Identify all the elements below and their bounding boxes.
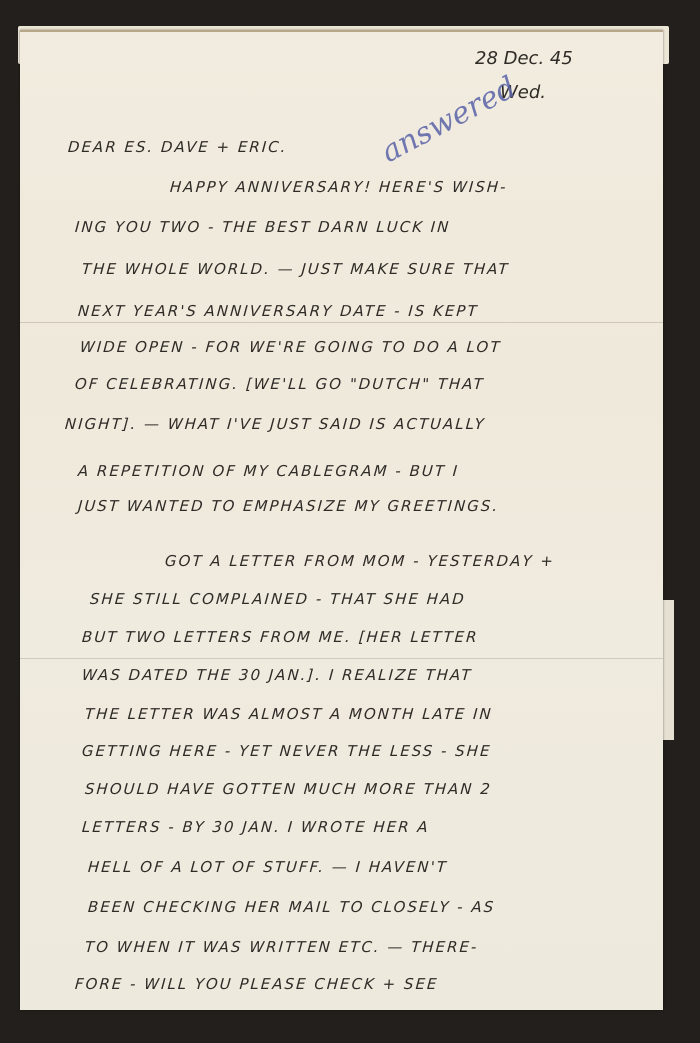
letter-line: was dated the 30 Jan.]. I realize that [81,666,473,684]
fold-line [20,658,663,659]
letter-line: fore - will you please check + see [74,975,439,993]
letter-line: she still complained - that she had [89,590,466,608]
letter-line: getting here - yet never the less - she [81,742,492,760]
letter-line: night]. — What I've just said is actuall… [64,415,486,433]
letter-line: ing you two - the best darn luck in [74,218,451,236]
paper-top-edge [20,30,663,32]
letter-line: of celebrating. [We'll go "Dutch" that [74,375,485,393]
letter-line: to when it was written etc. — There- [84,938,479,956]
letter-line: Happy Anniversary! Here's wish- [169,178,508,196]
letter-date: 28 Dec. 45 [475,48,573,69]
letter-line: but two letters from me. [Her letter [81,628,479,646]
letter-line: a repetition of my cablegram - but I [77,462,459,480]
letter-line: the whole world. — Just make sure that [81,260,510,278]
letter-line: letters - by 30 Jan. I wrote her a [81,818,430,836]
letter-line: the letter was almost a month late in [84,705,493,723]
letter-line: been checking her mail to closely - as [87,898,496,916]
fold-line [20,322,663,323]
letter-line: wide open - for we're going to do a lot [79,338,502,356]
letter-line: hell of a lot of stuff. — I haven't [87,858,448,876]
letter-line: should have gotten much more than 2 [84,780,492,798]
letter-page: 28 Dec. 45 Wed. answered Dear Es. Dave +… [20,30,663,1010]
letter-line: next year's anniversary date - is kept [77,302,479,320]
answered-annotation: answered [376,70,523,170]
letter-line: Got a letter from Mom - yesterday + [164,552,555,570]
salutation: Dear Es. Dave + Eric. [67,138,288,156]
letter-line: just wanted to emphasize my greetings. [77,497,499,515]
